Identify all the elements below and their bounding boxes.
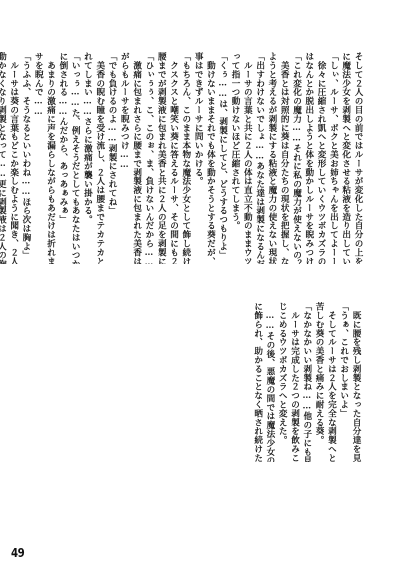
text-line: 「しぃ、ルーサ、ボクと美お姉ちゃんを出してよーーー！」 <box>327 52 339 264</box>
text-line: ルーサは葵の言葉もどこか楽しむように聞き、２人の腕は完全に <box>7 52 19 264</box>
text-line: に飾られ、助かることなく晒され続けた。 <box>251 302 263 462</box>
text-line: 「でも負けるのよ……剥製にされてね」 <box>106 52 118 264</box>
text-line: 激痛に包まれさらに腰まで剥製液に包まれた美香は涙を浮かべな <box>130 52 142 264</box>
page-number: 49 <box>11 546 24 560</box>
text-line: 「ひぃぅぅ、こ、このぉ、ま、負けないんだから……ー」 <box>143 52 155 264</box>
text-line: ルーサの言葉と共に２人の体は直立不動のままウツボカズラによ <box>241 52 253 264</box>
text-line: 「なかなかいい剥製ね……他の子にも見てもらおうかしら？」 <box>301 302 313 462</box>
text-line: ようと考えるが剥製にする粘液と魔力の使えない現状に気がつき、 <box>266 52 278 264</box>
text-line: そしてルーサは２人を完全な剥製へと変えた……痛 <box>325 302 337 462</box>
text-line: 苦しむ葵の美香と痛みに耐える葵。 <box>313 302 325 462</box>
text-line: クスクスと嘲笑い葵に答えるルーサ、その間にも２人の足元から <box>167 52 179 264</box>
text-line: 事はできずルーサに問いかける。 <box>192 52 204 264</box>
text-line: 「うふふ、そうなるといいわね……ほら次は胸よ」 <box>20 52 32 264</box>
text-line: サを睨んで…… <box>32 52 44 264</box>
text-line: 「もちろん、このまま本物な魔法少女として飾し続けてあげるわ」 <box>180 52 192 264</box>
text-line: れてしまい……さらに激痛が襲い掛かる。 <box>81 52 93 264</box>
text-line: あまりの激痛に声を漏らしながらもあだけは折れまいと葵はルー <box>44 52 56 264</box>
text-line: そして２人の目の前ではルーサが変化した自分の上を圧離し、更 <box>352 52 364 264</box>
text-line: 「出すわけないでしょ……あなた達は剥製になるんだからぁ」 <box>253 52 265 264</box>
text-line: ……その後、悪魔の間では魔法少女の剥製として２人は永遠 <box>264 302 276 462</box>
text-line: 美香とは対照的に葵は自分たちの現状を把握し、なんとか脱出し <box>278 52 290 264</box>
text-line: がらもルーサを睨みつけ…… <box>118 52 130 264</box>
text-line: 動かなくなり剥製となって……更に剥製液は２人の胸を包む。 <box>0 52 7 264</box>
text-line: じこめるウツボカズラへと変えた。 <box>276 302 288 462</box>
text-line: に倒される……んだから、あっあぁみぁ」 <box>57 52 69 264</box>
text-line: 「これ変化の魔力……それに私の魔力が使えないの？」 <box>290 52 302 264</box>
main-text-block: そして２人の目の前ではルーサが変化した自分の上を圧離し、更 に魔法少女を剥製へと… <box>34 52 364 264</box>
text-line: に魔法少女を剥製へと変化させる粘液を造り出している。 <box>339 52 351 264</box>
text-line: って指一つ動けないほど圧縮されてしまう。 <box>229 52 241 264</box>
text-line: 美香の睨む瞳を受け流し、２人は腰までテカテカと輝く剥製にさ <box>93 52 105 264</box>
book-page: そして２人の目の前ではルーサが変化した自分の上を圧離し、更 に魔法少女を剥製へと… <box>0 0 400 571</box>
text-line: 「うぁ、これでおしまいよ」 <box>337 302 349 462</box>
text-line: 「いっぅ……た、例えそうだとしてもあなたはいつか他の魔法少女 <box>69 52 81 264</box>
text-line: 腰までが剥製液に包まれ美香と共に２人の足を剥製に変えていく。 <box>155 52 167 264</box>
text-line: 徐々に圧縮され凱へと変形していくウツボカズラの袋の中で美香 <box>315 52 327 264</box>
closing-text-block: 既に腰を残し剥製となった自分達を見ながら葵は苦 「うぁ、これでおしまいよ」 そし… <box>267 302 362 462</box>
text-line: 動けないままそれでも体を動かそうとする葵だが、やはり動かす <box>204 52 216 264</box>
text-line: ルーサは完成した２つの剥製を飲みこんでいた手を <box>288 302 300 462</box>
text-line: 既に腰を残し剥製となった自分達を見ながら葵は苦 <box>350 302 362 462</box>
text-line: 「くぅ……は、剥製にしてと、どうするつもりよ」 <box>216 52 228 264</box>
text-line: はなんとか脱出しようと体を動かしルーサを睨みつける。 <box>303 52 315 264</box>
